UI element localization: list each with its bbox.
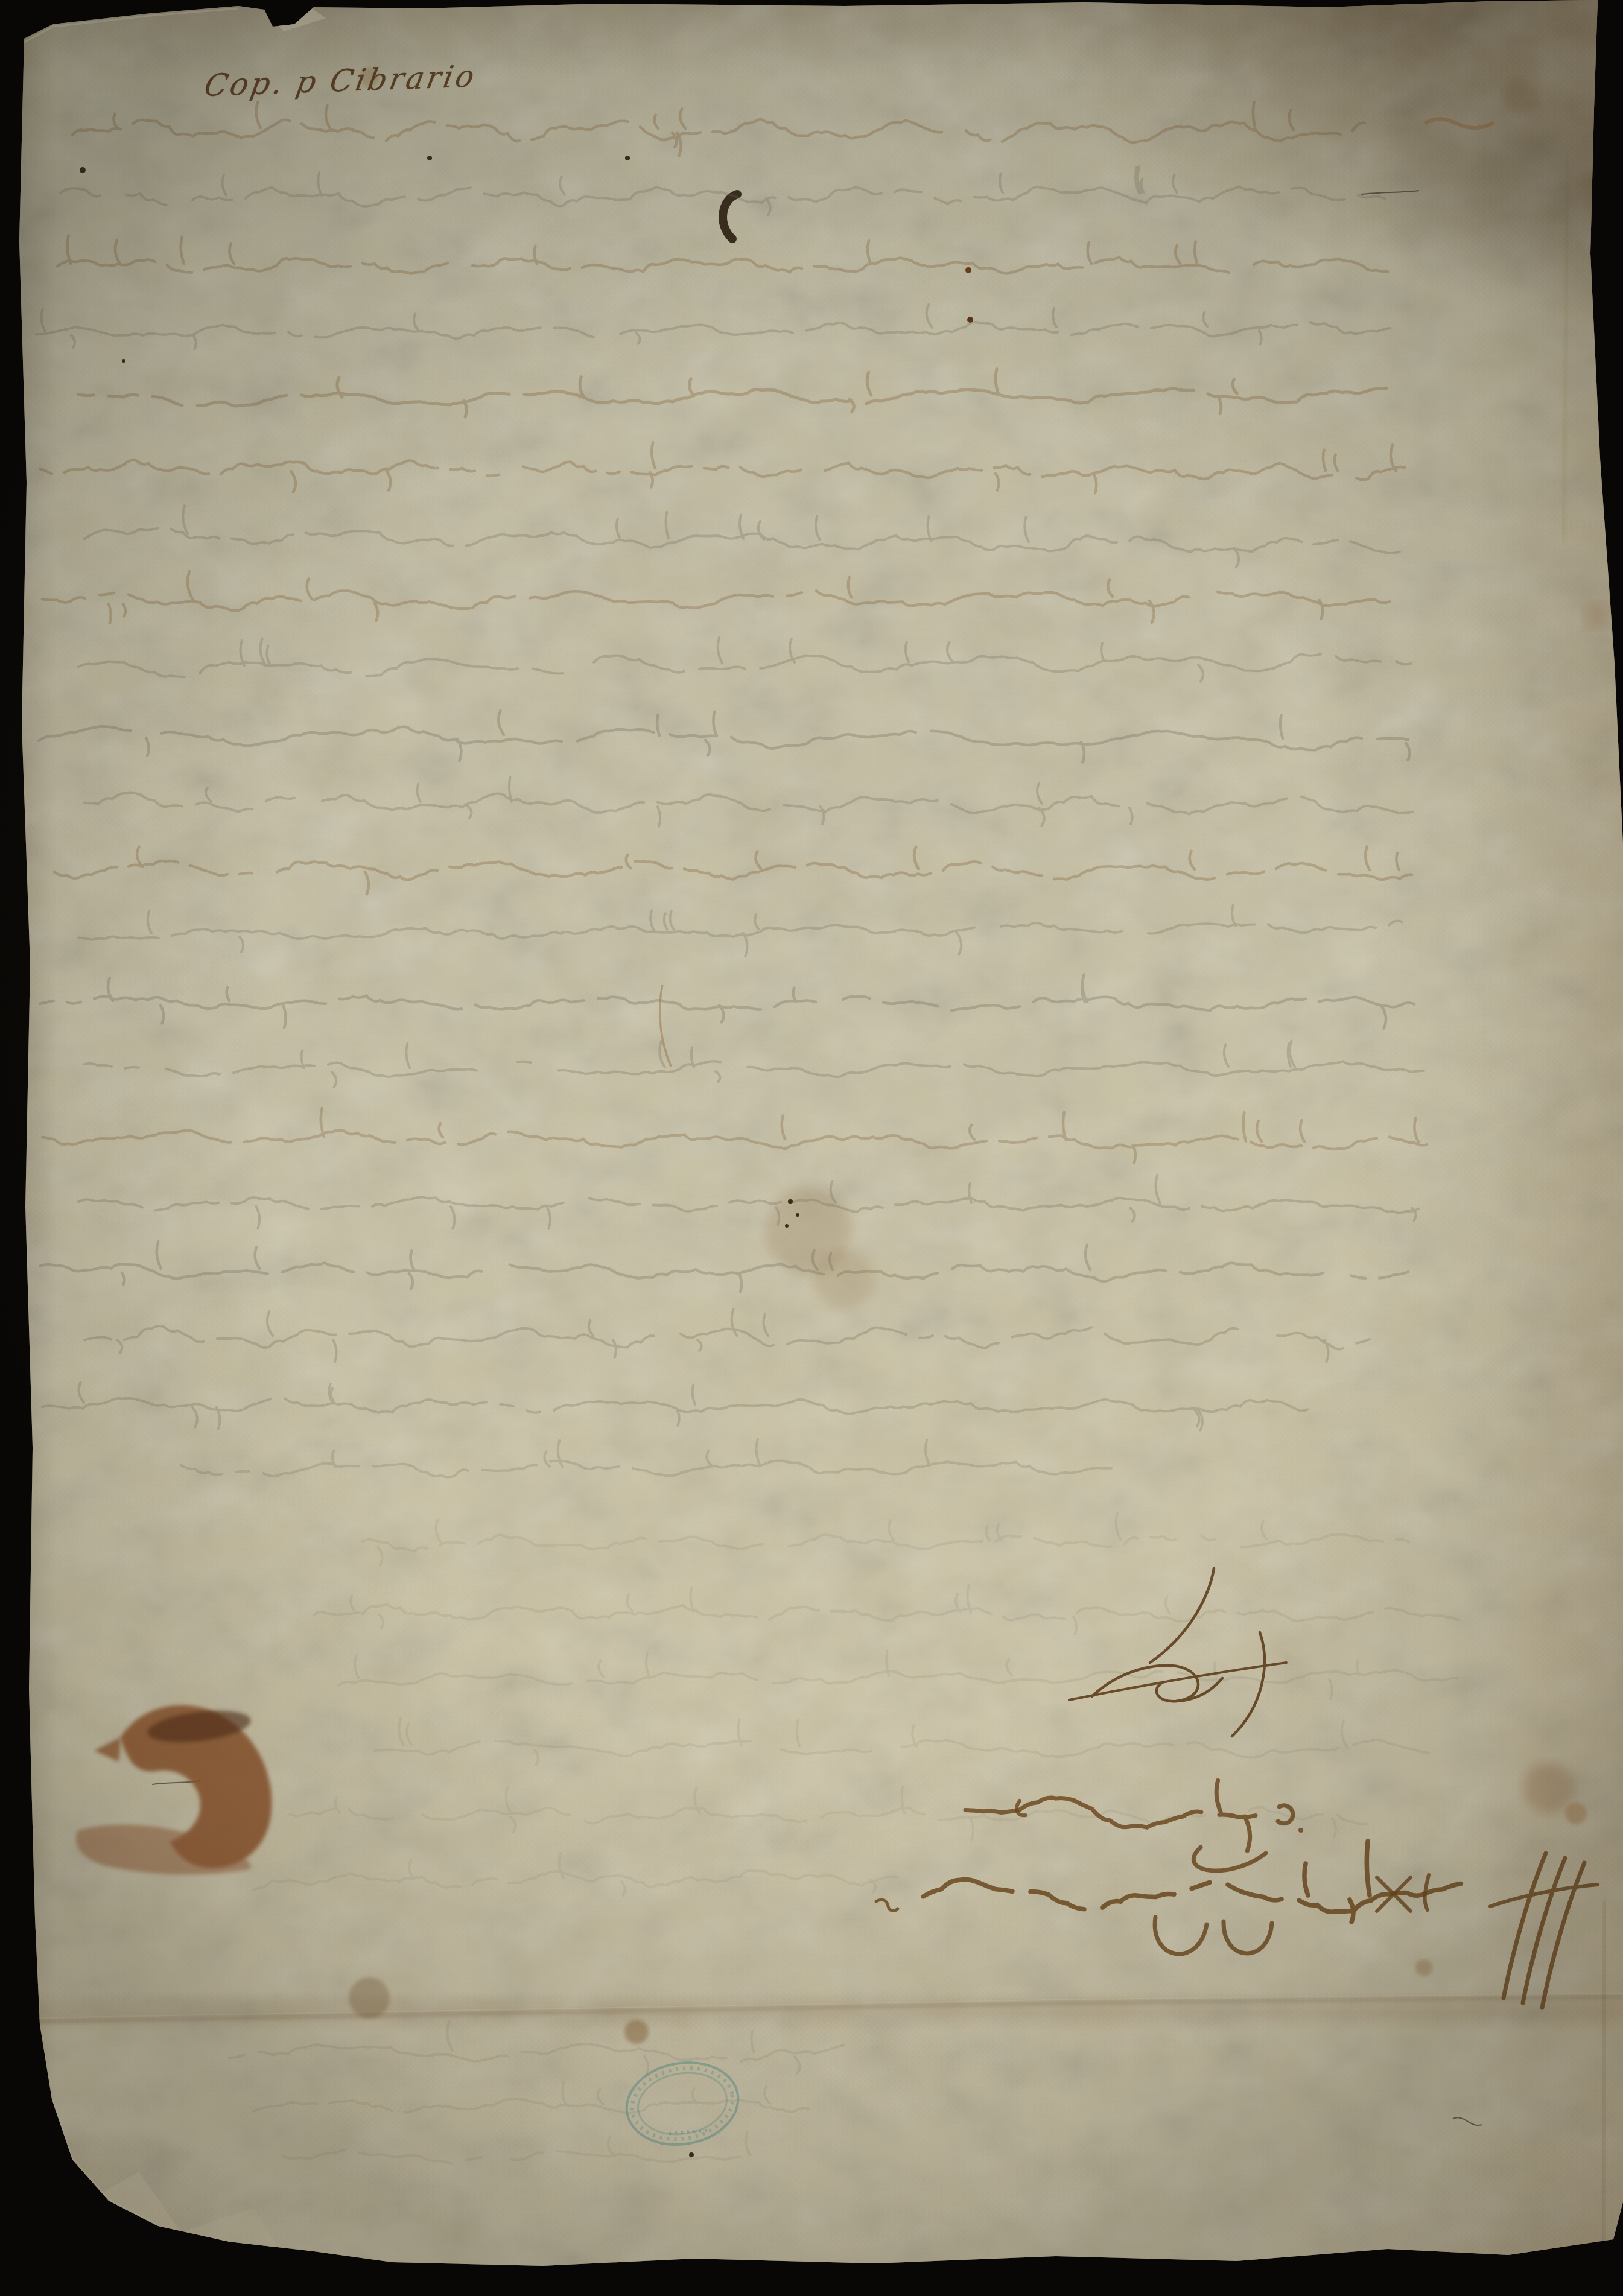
edge-vignette — [0, 0, 1623, 2296]
photograph-background: Cop. p Cibrario — [0, 0, 1623, 2296]
manuscript-paper: Cop. p Cibrario — [0, 0, 1623, 2296]
